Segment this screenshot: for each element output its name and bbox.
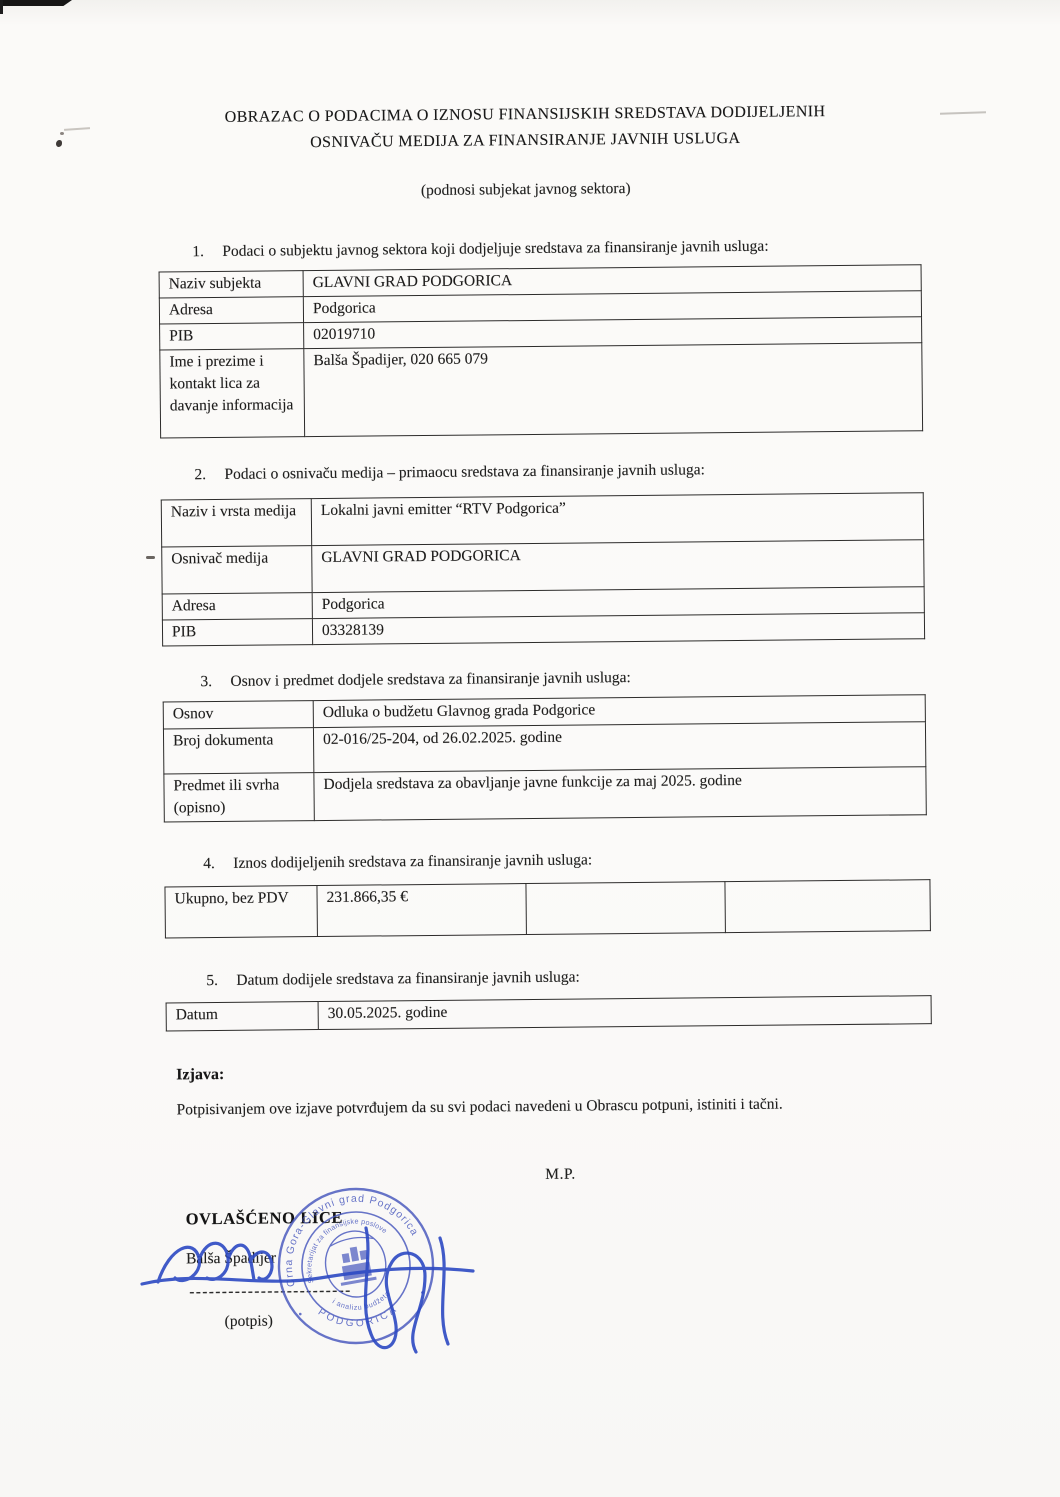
table-row: Ime i prezime i kontakt lica za davanje … [160, 343, 923, 438]
section-5-heading: 5.Datum dodijele sredstava za finansiran… [206, 969, 580, 991]
section-4-number: 4. [203, 855, 233, 873]
table-label-cell: Ime i prezime i kontakt lica za davanje … [160, 349, 305, 438]
table-label-cell: Adresa [162, 593, 312, 620]
section-1-text: Podaci o subjektu javnog sektora koji do… [222, 238, 768, 260]
authorized-person-label: OVLAŠĆENO LICE [186, 1208, 344, 1230]
table-value-cell: Dodjela sredstava za obavljanje javne fu… [314, 767, 926, 821]
table-row: Broj dokumenta 02-016/25-204, od 26.02.2… [163, 722, 925, 774]
section-3-heading: 3.Osnov i predmet dodjele sredstava za f… [200, 669, 630, 691]
section-5-text: Datum dodijele sredstava za finansiranje… [236, 969, 580, 989]
table-label-cell: Adresa [159, 297, 303, 324]
table-label-cell: Naziv subjekta [159, 271, 303, 298]
subject-info-table: Naziv subjekta GLAVNI GRAD PODGORICA Adr… [159, 264, 924, 438]
table-label-cell: Osnov [163, 701, 313, 729]
section-5-number: 5. [206, 972, 236, 990]
signer-name: Balša Špadijer [186, 1249, 276, 1268]
basis-subject-table: Osnov Odluka o budžetu Glavnog grada Pod… [163, 694, 927, 822]
table-value-cell: 231.866,35 € [317, 884, 526, 937]
document-title-line1: OBRAZAC O PODACIMA O IZNOSU FINANSIJSKIH… [0, 101, 1055, 129]
table-label-cell: PIB [162, 619, 312, 646]
section-3-number: 3. [200, 673, 230, 691]
signature-line: ------------------------- [189, 1283, 352, 1302]
document-title-line2: OSNIVAČU MEDIJA ZA FINANSIRANJE JAVNIH U… [0, 127, 1055, 155]
table-row: Naziv i vrsta medija Lokalni javni emitt… [161, 493, 923, 547]
table-empty-cell [526, 882, 725, 935]
scanned-document-page: { "page": { "title_line1": "OBRAZAC O PO… [0, 0, 1060, 1497]
table-label-cell: Broj dokumenta [163, 728, 313, 774]
table-value-cell: 03328139 [312, 613, 924, 645]
table-row: Datum 30.05.2025. godine [166, 996, 931, 1031]
table-value-cell: Lokalni javni emitter “RTV Podgorica” [311, 493, 923, 546]
table-label-cell: Ukupno, bez PDV [165, 886, 317, 938]
table-label-cell: Naziv i vrsta medija [161, 499, 311, 547]
table-row: Predmet ili svrha (opisno) Dodjela sreds… [164, 767, 926, 822]
declaration-text: Potpisivanjem ove izjave potvrđujem da s… [177, 1096, 783, 1120]
table-value-cell: Balša Špadijer, 020 665 079 [304, 343, 923, 437]
table-label-cell: Datum [166, 1002, 318, 1031]
section-2-number: 2. [194, 466, 224, 484]
section-1-heading: 1.Podaci o subjektu javnog sektora koji … [192, 238, 768, 262]
section-3-text: Osnov i predmet dodjele sredstava za fin… [230, 669, 630, 690]
media-founder-table: Naziv i vrsta medija Lokalni javni emitt… [161, 492, 925, 646]
document-subtitle: (podnosi subjekat javnog sektora) [0, 176, 1056, 204]
table-label-cell: Predmet ili svrha (opisno) [164, 773, 314, 822]
section-2-heading: 2.Podaci o osnivaču medija – primaocu sr… [194, 461, 705, 484]
table-row: Osnivač medija GLAVNI GRAD PODGORICA [162, 540, 924, 594]
section-4-text: Iznos dodijeljenih sredstava za finansir… [233, 851, 592, 871]
declaration-label: Izjava: [176, 1066, 224, 1084]
section-1-number: 1. [192, 243, 222, 261]
mp-seal-placeholder: M.P. [545, 1166, 576, 1184]
table-empty-cell [725, 880, 930, 933]
amount-table: Ukupno, bez PDV 231.866,35 € [164, 879, 930, 938]
date-table: Datum 30.05.2025. godine [166, 995, 932, 1031]
table-label-cell: PIB [160, 323, 304, 350]
table-value-cell: GLAVNI GRAD PODGORICA [312, 540, 924, 593]
paper-sheet: OBRAZAC O PODACIMA O IZNOSU FINANSIJSKIH… [0, 0, 1060, 1497]
section-4-heading: 4.Iznos dodijeljenih sredstava za finans… [203, 851, 592, 873]
section-2-text: Podaci o osnivaču medija – primaocu sred… [224, 461, 705, 483]
table-row: Ukupno, bez PDV 231.866,35 € [165, 880, 930, 938]
signature-caption: (potpis) [225, 1313, 273, 1331]
table-value-cell: 30.05.2025. godine [318, 996, 931, 1030]
table-label-cell: Osnivač medija [162, 546, 312, 594]
document-content: OBRAZAC O PODACIMA O IZNOSU FINANSIJSKIH… [0, 0, 1060, 1497]
table-value-cell: 02-016/25-204, od 26.02.2025. godine [313, 722, 925, 773]
